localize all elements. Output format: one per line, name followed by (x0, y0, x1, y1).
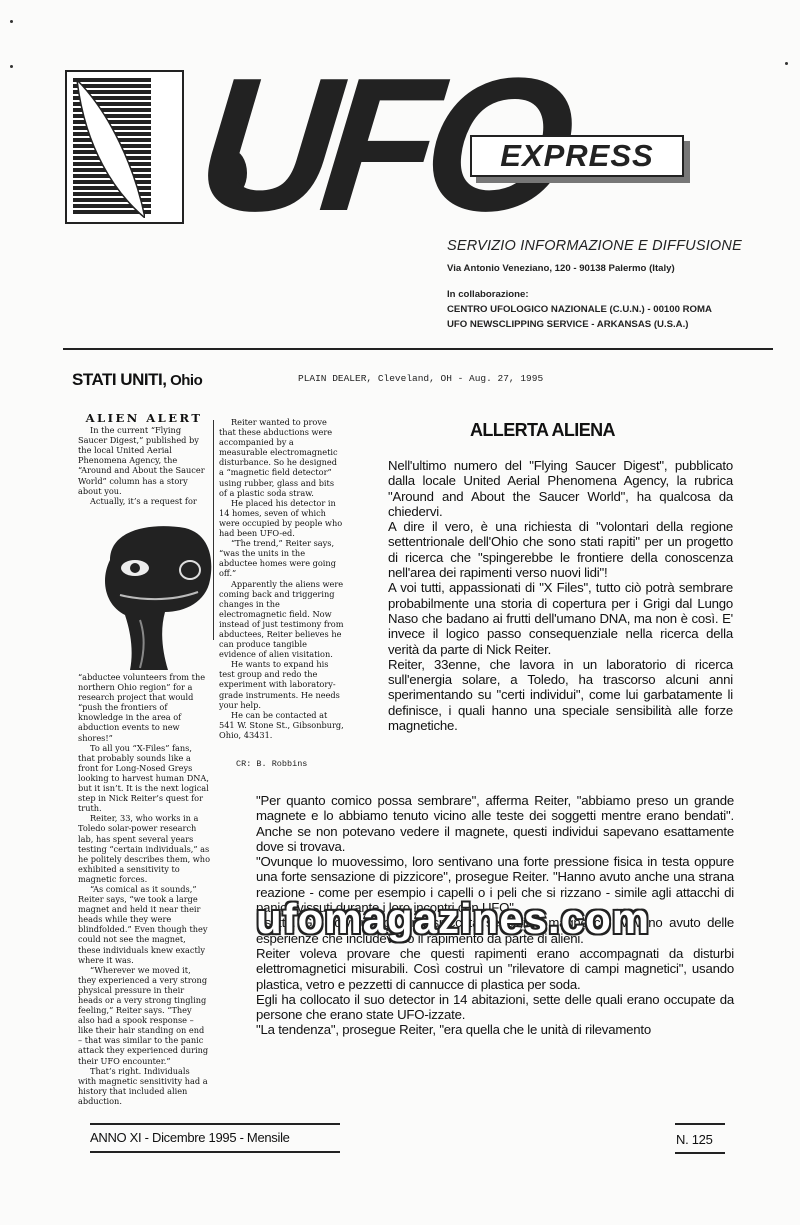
clipping-source: PLAIN DEALER, Cleveland, OH - Aug. 27, 1… (298, 373, 543, 384)
clipping-paragraph: That’s right. Individuals with magnetic … (78, 1066, 210, 1106)
masthead-logo (65, 70, 184, 224)
column-rule (213, 420, 214, 640)
clipping-paragraph: “Wherever we moved it, they experienced … (78, 965, 210, 1066)
clipping-column-1-top: ALIEN ALERT In the current “Flying Sauce… (78, 413, 210, 506)
clipping-paragraph: He placed his detector in 14 homes, seve… (219, 498, 344, 538)
clipping-paragraph: Reiter, 33, who works in a Toledo solar-… (78, 813, 210, 884)
clipping-paragraph: Apparently the aliens were coming back a… (219, 579, 344, 660)
clipping-paragraph: To all you “X-Files” fans, that probably… (78, 743, 210, 814)
clipping-paragraph: “As comical as it sounds,” Reiter says, … (78, 884, 210, 965)
masthead-express-badge: EXPRESS (470, 135, 684, 177)
masthead-service: SERVIZIO INFORMAZIONE E DIFFUSIONE (447, 238, 742, 254)
clipping-paragraph: Actually, it’s a request for (78, 496, 210, 506)
alien-head-image (90, 520, 215, 670)
leaf-eye-icon (75, 78, 145, 218)
translation-title: ALLERTA ALIENA (470, 420, 615, 441)
clipping-paragraph: “The trend,” Reiter says, “was the units… (219, 538, 344, 578)
masthead-address: Via Antonio Veneziano, 120 - 90138 Paler… (447, 263, 675, 274)
translation-paragraph: A voi tutti, appassionati di "X Files", … (388, 580, 733, 656)
section-heading: STATI UNITI, Ohio (72, 370, 202, 390)
translation-paragraph: Reiter, 33enne, che lavora in un laborat… (388, 657, 733, 733)
translation-paragraph: Egli ha collocato il suo detector in 14 … (256, 992, 734, 1023)
footer-issue-number: N. 125 (676, 1132, 713, 1147)
clipping-paragraph: In the current “Flying Saucer Digest,” p… (78, 425, 210, 496)
collab-label: In collaborazione: (447, 287, 712, 302)
translation-paragraph: "Per quanto comico possa sembrare", affe… (256, 793, 734, 854)
footer-rule (90, 1151, 340, 1153)
print-speck (10, 20, 13, 23)
section-region: Ohio (166, 372, 202, 389)
collab-partner-2: UFO NEWSCLIPPING SERVICE - ARKANSAS (U.S… (447, 317, 712, 332)
clipping-paragraph: “abductee volunteers from the northern O… (78, 672, 210, 743)
translation-paragraph: A dire il vero, è una richiesta di "volo… (388, 519, 733, 580)
translation-paragraph: Nell'ultimo numero del "Flying Saucer Di… (388, 458, 733, 519)
watermark: ufomagazines.com (256, 895, 650, 943)
clipping-credit: CR: B. Robbins (236, 759, 307, 769)
clipping-paragraph: He can be contacted at 541 W. Stone St.,… (219, 710, 344, 740)
print-speck (10, 65, 13, 68)
footer-rule (675, 1152, 725, 1154)
clipping-column-2: Reiter wanted to prove that these abduct… (219, 417, 344, 740)
clipping-paragraph: Reiter wanted to prove that these abduct… (219, 417, 344, 498)
translation-block-1: Nell'ultimo numero del "Flying Saucer Di… (388, 458, 733, 733)
masthead-collaboration: In collaborazione: CENTRO UFOLOGICO NAZI… (447, 287, 712, 332)
clipping-title: ALIEN ALERT (78, 413, 210, 423)
clipping-column-1-bottom: “abductee volunteers from the northern O… (78, 672, 210, 1106)
print-speck (785, 62, 788, 65)
footer-rule (90, 1123, 340, 1125)
footer-issue-info: ANNO XI - Dicembre 1995 - Mensile (90, 1130, 290, 1145)
translation-paragraph: Reiter voleva provare che questi rapimen… (256, 946, 734, 992)
translation-paragraph: "La tendenza", prosegue Reiter, "era que… (256, 1022, 734, 1037)
section-country: STATI UNITI, (72, 370, 166, 389)
masthead-divider (63, 348, 773, 350)
collab-partner-1: CENTRO UFOLOGICO NAZIONALE (C.U.N.) - 00… (447, 302, 712, 317)
clipping-paragraph: He wants to expand his test group and re… (219, 659, 344, 709)
footer-rule (675, 1123, 725, 1125)
